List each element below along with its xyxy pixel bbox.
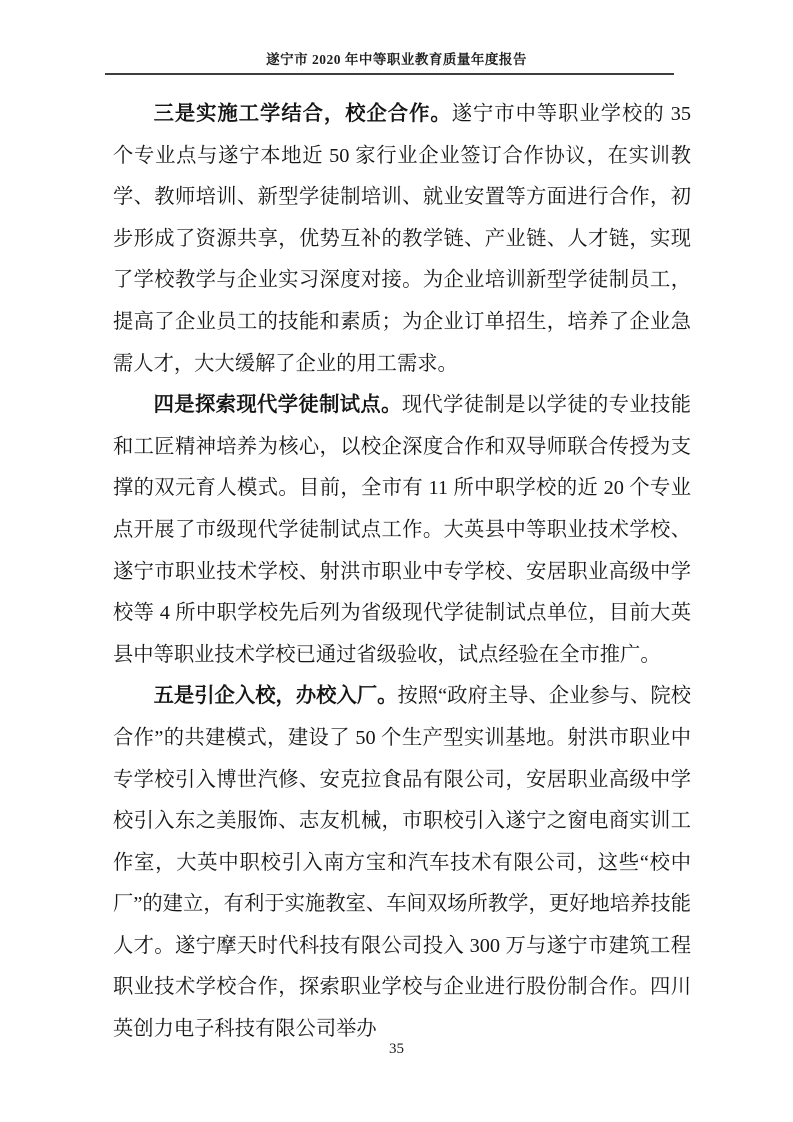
page-footer: 35 bbox=[0, 1041, 793, 1058]
document-page: 遂宁市 2020 年中等职业教育质量年度报告 三是实施工学结合，校企合作。遂宁市… bbox=[0, 0, 793, 1122]
paragraph-lead: 四是探索现代学徒制试点。 bbox=[154, 394, 402, 416]
paragraph-text: 遂宁市中等职业学校的 35 个专业点与遂宁本地近 50 家行业企业签订合作协议，… bbox=[113, 103, 691, 375]
page-header-title: 遂宁市 2020 年中等职业教育质量年度报告 bbox=[0, 48, 793, 68]
body-paragraph: 四是探索现代学徒制试点。现代学徒制是以学徒的专业技能和工匠精神培养为核心，以校企… bbox=[113, 385, 691, 676]
page-number: 35 bbox=[389, 1041, 404, 1057]
header-rule bbox=[105, 73, 674, 75]
body-paragraph: 五是引企入校，办校入厂。按照“政府主导、企业参与、院校合作”的共建模式，建设了 … bbox=[113, 676, 691, 1050]
paragraph-lead: 三是实施工学结合，校企合作。 bbox=[154, 103, 452, 125]
paragraph-text: 现代学徒制是以学徒的专业技能和工匠精神培养为核心，以校企深度合作和双导师联合传授… bbox=[113, 394, 691, 666]
document-body: 三是实施工学结合，校企合作。遂宁市中等职业学校的 35 个专业点与遂宁本地近 5… bbox=[113, 94, 691, 1051]
paragraph-lead: 五是引企入校，办校入厂。 bbox=[154, 685, 398, 707]
paragraph-text: 按照“政府主导、企业参与、院校合作”的共建模式，建设了 50 个生产型实训基地。… bbox=[113, 685, 691, 1040]
body-paragraph: 三是实施工学结合，校企合作。遂宁市中等职业学校的 35 个专业点与遂宁本地近 5… bbox=[113, 94, 691, 385]
